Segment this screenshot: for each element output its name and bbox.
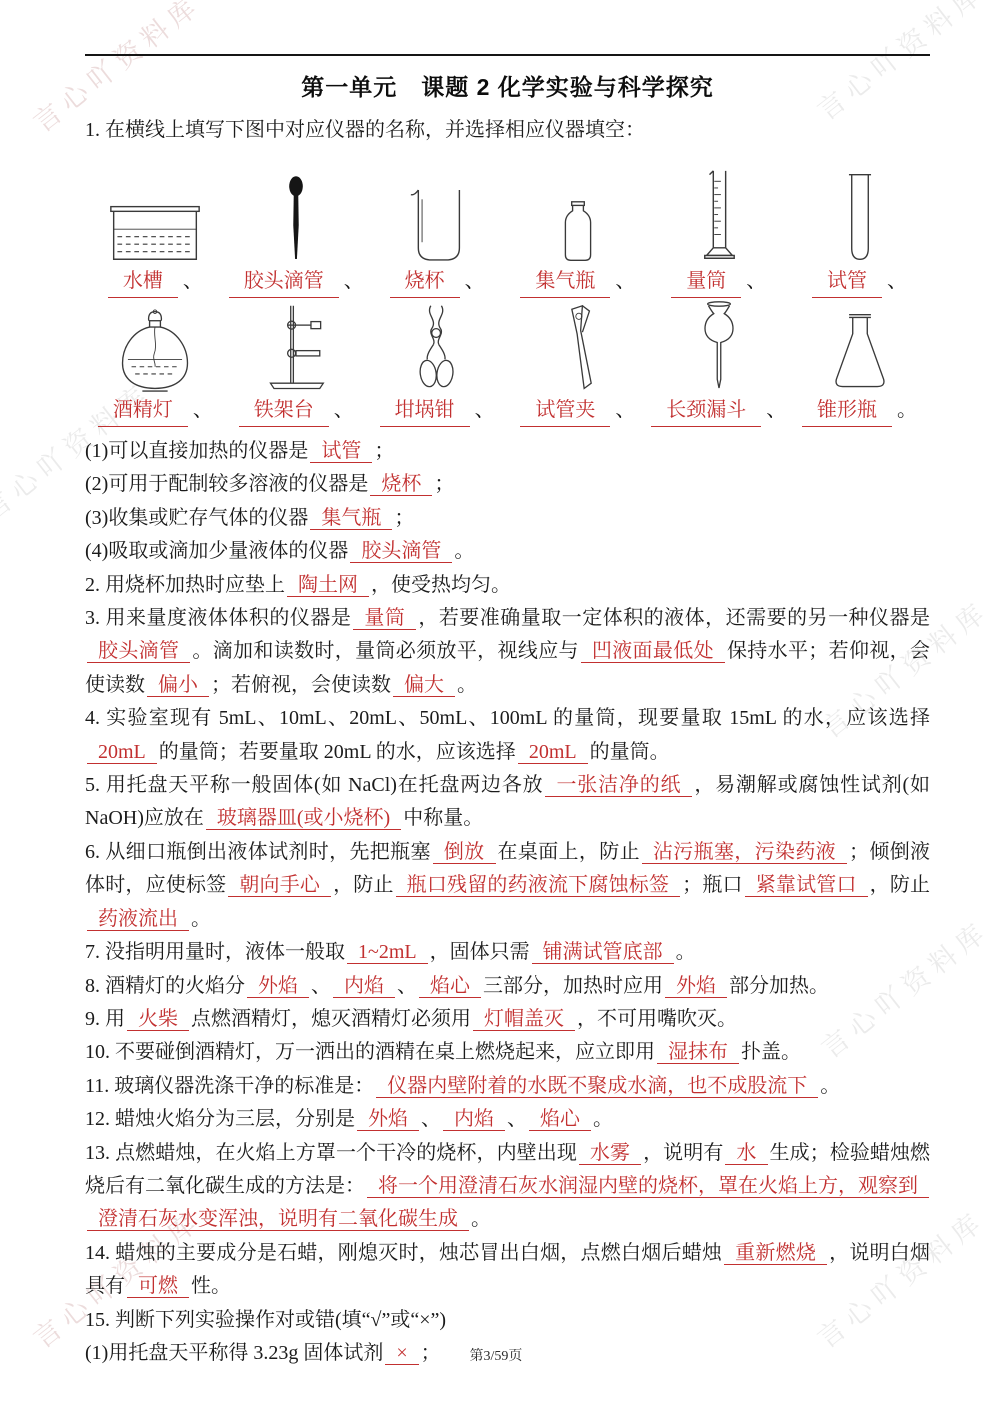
answer-blank: 量筒 (353, 607, 416, 630)
answer-blank: 烧杯 (370, 473, 432, 496)
question-text: 扑盖。 (741, 1041, 801, 1063)
answer-blank: 20mL (87, 741, 157, 764)
answer-blank: 铺满试管底部 (532, 941, 674, 964)
answer-blank: 仪器内壁附着的水既不聚成水滴，也不成股流下 (376, 1075, 818, 1098)
label-separator: 。 (897, 394, 917, 426)
answer-blank: 玻璃器皿(或小烧杯) (206, 807, 401, 830)
question-text: ； (434, 473, 454, 495)
question-text: 、 (421, 1108, 441, 1130)
label-separator: 、 (193, 394, 213, 426)
label-separator: 、 (615, 265, 635, 297)
question-text: ，说明有 (643, 1142, 723, 1164)
question-text: 、 (397, 975, 417, 997)
question-text: 6. 从细口瓶倒出液体试剂时，先把瓶塞 (85, 841, 431, 863)
answer-blank: 水雾 (579, 1142, 641, 1165)
answer-blank: 长颈漏斗 (651, 394, 761, 427)
worksheet-page: 言心吖资料库 言心吖资料库 言心吖资料库 言心吖资料库 言心吖资料库 言心吖资料… (0, 0, 992, 1403)
instrument-cell (648, 300, 789, 392)
question-text: 。 (471, 1208, 491, 1230)
question-paragraph: (1)可以直接加热的仪器是试管； (85, 435, 930, 468)
long-neck-funnel-icon (698, 300, 740, 392)
label-separator: 、 (746, 265, 766, 297)
questions-section: (1)可以直接加热的仪器是试管；(2)可用于配制较多溶液的仪器是烧杯；(3)收集… (85, 435, 930, 1370)
question-paragraph: 2. 用烧杯加热时应垫上陶土网，使受热均匀。 (85, 569, 930, 602)
answer-blank: 药液流出 (87, 908, 189, 931)
graduated-cylinder-icon (700, 168, 738, 263)
question-paragraph: 10. 不要碰倒酒精灯，万一洒出的酒精在桌上燃烧起来，应立即用湿抹布扑盖。 (85, 1036, 930, 1069)
question-text: ，固体只需 (430, 941, 530, 963)
answer-blank: 火柴 (127, 1008, 189, 1031)
test-tube-icon (848, 171, 872, 263)
question-text: ；瓶口 (682, 874, 743, 896)
instrument-label: 集气瓶 、 (507, 265, 648, 298)
question-text: 3. 用来量度液体体积的仪器是 (85, 607, 351, 629)
question-text: 性。 (191, 1275, 231, 1297)
dropper-icon (286, 175, 306, 263)
question-paragraph: 9. 用火柴点燃酒精灯，熄灭酒精灯必须用灯帽盖灭，不可用嘴吹灭。 (85, 1003, 930, 1036)
answer-blank: 试管 (310, 440, 372, 463)
answer-blank: 凹液面最低处 (581, 640, 725, 663)
label-separator: 、 (766, 394, 786, 426)
label-separator: 、 (344, 265, 364, 297)
instrument-cell (507, 200, 648, 263)
question-text: ；若俯视，会使读数 (211, 674, 391, 696)
question-text: 在桌面上，防止 (498, 841, 640, 863)
question-paragraph: 7. 没指明用量时，液体一般取1~2mL，固体只需铺满试管底部。 (85, 936, 930, 969)
question-text: ； (374, 440, 394, 462)
question-paragraph: 3. 用来量度液体体积的仪器是量筒，若要准确量取一定体积的液体，还需要的另一种仪… (85, 602, 930, 702)
answer-blank: 内焰 (333, 975, 395, 998)
question-text: 三部分，加热时应用 (483, 975, 663, 997)
answer-blank: 20mL (518, 741, 588, 764)
instrument-cell (367, 304, 508, 392)
answer-blank: 酒精灯 (98, 394, 188, 427)
question-text: 12. 蜡烛火焰分为三层，分别是 (85, 1108, 355, 1130)
question-1-prompt: 1. 在横线上填写下图中对应仪器的名称，并选择相应仪器填空： (85, 114, 930, 147)
question-text: ，防止 (333, 874, 394, 896)
answer-blank: 1~2mL (347, 941, 428, 964)
instrument-cell (85, 309, 226, 392)
answer-blank: 重新燃烧 (724, 1242, 827, 1265)
instrument-labels-row-2: 酒精灯 、 铁架台 、 坩埚钳 、 试管夹 、 长颈漏斗 、 锥形瓶 。 (85, 394, 930, 427)
alcohol-lamp-icon (117, 309, 193, 392)
question-text: (4)吸取或滴加少量液体的仪器 (85, 540, 348, 562)
answer-blank: 朝向手心 (228, 874, 331, 897)
page-number: 第3/59页 (0, 1345, 992, 1365)
answer-blank: 胶头滴管 (350, 540, 452, 563)
question-text: 。 (454, 540, 474, 562)
instrument-cell (789, 312, 930, 392)
label-separator: 、 (615, 394, 635, 426)
question-paragraph: 14. 蜡烛的主要成分是石蜡，刚熄灭时，烛芯冒出白烟，点燃白烟后蜡烛重新燃烧，说… (85, 1237, 930, 1304)
question-text: 10. 不要碰倒酒精灯，万一洒出的酒精在桌上燃烧起来，应立即用 (85, 1041, 655, 1063)
answer-blank: 集气瓶 (310, 507, 392, 530)
question-paragraph: 12. 蜡烛火焰分为三层，分别是外焰、内焰、焰心。 (85, 1103, 930, 1136)
answer-blank: 集气瓶 (520, 265, 610, 298)
answer-blank: 坩埚钳 (380, 394, 470, 427)
instrument-label: 酒精灯 、 (85, 394, 226, 427)
question-text: 、 (311, 975, 331, 997)
question-text: 11. 玻璃仪器洗涤干净的标准是： (85, 1075, 374, 1097)
answer-blank: 水槽 (108, 265, 178, 298)
label-separator: 、 (183, 265, 203, 297)
answer-blank: 紧靠试管口 (745, 874, 868, 897)
question-paragraph: 8. 酒精灯的火焰分外焰、内焰、焰心三部分，加热时应用外焰部分加热。 (85, 970, 930, 1003)
instrument-cell (226, 304, 367, 392)
instrument-label: 锥形瓶 。 (789, 394, 930, 427)
question-text: ，防止 (870, 874, 930, 896)
answer-blank: 外焰 (247, 975, 309, 998)
answer-blank: 内焰 (443, 1108, 505, 1131)
question-text: 。滴加和读数时，量筒必须放平，视线应与 (192, 640, 579, 662)
instrument-label: 烧杯 、 (367, 265, 508, 298)
instrument-cell (789, 171, 930, 263)
label-separator: 、 (465, 265, 485, 297)
question-paragraph: 15. 判断下列实验操作对或错(填“√”或“×”) (85, 1304, 930, 1337)
label-separator: 、 (475, 394, 495, 426)
answer-blank: 偏小 (147, 674, 209, 697)
question-text: 2. 用烧杯加热时应垫上 (85, 574, 285, 596)
instrument-label: 铁架台 、 (226, 394, 367, 427)
question-text: 13. 点燃蜡烛，在火焰上方罩一个干冷的烧杯，内壁出现 (85, 1142, 577, 1164)
question-text: 。 (593, 1108, 613, 1130)
question-text: 4. 实验室现有 5mL、10mL、20mL、50mL、100mL 的量筒，现要… (85, 707, 930, 729)
question-paragraph: (3)收集或贮存气体的仪器集气瓶； (85, 502, 930, 535)
gas-bottle-icon (560, 200, 596, 263)
answer-blank: 倒放 (433, 841, 496, 864)
answer-blank: 陶土网 (287, 574, 369, 597)
question-text: (3)收集或贮存气体的仪器 (85, 507, 308, 529)
answer-blank: 偏大 (393, 674, 455, 697)
question-paragraph: (4)吸取或滴加少量液体的仪器胶头滴管。 (85, 535, 930, 568)
answer-blank: 沾污瓶塞，污染药液 (642, 841, 847, 864)
instrument-cell (648, 168, 789, 263)
page-content: 第一单元 课题 2 化学实验与科学探究 1. 在横线上填写下图中对应仪器的名称，… (0, 54, 992, 1370)
question-text: 8. 酒精灯的火焰分 (85, 975, 245, 997)
answer-blank: 可燃 (127, 1275, 189, 1298)
answer-blank: 胶头滴管 (229, 265, 339, 298)
label-separator: 、 (887, 265, 907, 297)
beaker-icon (409, 186, 465, 263)
answer-blank: 试管夹 (520, 394, 610, 427)
answer-blank: 瓶口残留的药液流下腐蚀标签 (396, 874, 680, 897)
question-text: 14. 蜡烛的主要成分是石蜡，刚熄灭时，烛芯冒出白烟，点燃白烟后蜡烛 (85, 1242, 722, 1264)
header-rule (85, 54, 930, 56)
answer-blank: 灯帽盖灭 (473, 1008, 575, 1031)
question-text: 的量筒；若要量取 20mL 的水，应该选择 (159, 741, 516, 763)
question-text: 、 (507, 1108, 527, 1130)
crucible-tongs-icon (414, 304, 460, 392)
instrument-label: 坩埚钳 、 (367, 394, 508, 427)
test-tube-clamp-icon (555, 304, 601, 392)
instrument-label: 长颈漏斗 、 (648, 394, 789, 427)
question-text: 7. 没指明用量时，液体一般取 (85, 941, 345, 963)
answer-blank: 水 (725, 1142, 767, 1165)
instrument-label: 试管 、 (789, 265, 930, 298)
answer-blank: 铁架台 (239, 394, 329, 427)
answer-blank: 烧杯 (390, 265, 460, 298)
question-text: 。 (676, 941, 696, 963)
question-paragraph: 4. 实验室现有 5mL、10mL、20mL、50mL、100mL 的量筒，现要… (85, 702, 930, 769)
answer-blank: 焰心 (529, 1108, 591, 1131)
question-paragraph: 11. 玻璃仪器洗涤干净的标准是：仪器内壁附着的水既不聚成水滴，也不成股流下。 (85, 1070, 930, 1103)
question-text: 。 (457, 674, 477, 696)
question-text: 15. 判断下列实验操作对或错(填“√”或“×”) (85, 1309, 446, 1331)
instrument-cell (85, 201, 226, 263)
instrument-label: 水槽 、 (85, 265, 226, 298)
instrument-label: 胶头滴管 、 (226, 265, 367, 298)
question-text: 中称量。 (403, 807, 483, 829)
iron-stand-icon (265, 304, 327, 392)
question-text: (1)可以直接加热的仪器是 (85, 440, 308, 462)
question-text: 。 (820, 1075, 840, 1097)
instrument-row-1 (85, 167, 930, 263)
answer-blank: 焰心 (419, 975, 481, 998)
question-text: 5. 用托盘天平称一般固体(如 NaCl)在托盘两边各放 (85, 774, 543, 796)
answer-blank: 量筒 (671, 265, 741, 298)
label-separator: 、 (334, 394, 354, 426)
question-text: 的量筒。 (590, 741, 670, 763)
question-text: ，若要准确量取一定体积的液体，还需要的另一种仪器是 (418, 607, 930, 629)
question-text: ，不可用嘴吹灭。 (577, 1008, 737, 1030)
instrument-cell (367, 186, 508, 263)
answer-blank: 锥形瓶 (802, 394, 892, 427)
answer-blank: 试管 (812, 265, 882, 298)
question-text: ，使受热均匀。 (371, 574, 511, 596)
water-trough-icon (108, 201, 202, 263)
instrument-cell (226, 175, 367, 263)
instrument-cell (507, 304, 648, 392)
question-text: ； (394, 507, 414, 529)
question-text: 。 (191, 908, 211, 930)
question-paragraph: 5. 用托盘天平称一般固体(如 NaCl)在托盘两边各放一张洁净的纸，易潮解或腐… (85, 769, 930, 836)
question-text: 9. 用 (85, 1008, 125, 1030)
question-paragraph: (2)可用于配制较多溶液的仪器是烧杯； (85, 468, 930, 501)
instrument-row-2 (85, 304, 930, 392)
page-title: 第一单元 课题 2 化学实验与科学探究 (85, 69, 930, 102)
answer-blank: 一张洁净的纸 (545, 774, 692, 797)
answer-blank: 胶头滴管 (87, 640, 190, 663)
question-paragraph: 6. 从细口瓶倒出液体试剂时，先把瓶塞倒放在桌面上，防止沾污瓶塞，污染药液；倾倒… (85, 836, 930, 936)
question-paragraph: 13. 点燃蜡烛，在火焰上方罩一个干冷的烧杯，内壁出现水雾，说明有水生成；检验蜡… (85, 1137, 930, 1237)
instrument-label: 试管夹 、 (507, 394, 648, 427)
answer-blank: 湿抹布 (657, 1041, 739, 1064)
answer-blank: 外焰 (357, 1108, 419, 1131)
question-text: 点燃酒精灯，熄灭酒精灯必须用 (191, 1008, 471, 1030)
instrument-label: 量筒 、 (648, 265, 789, 298)
question-text: (2)可用于配制较多溶液的仪器是 (85, 473, 368, 495)
conical-flask-icon (830, 312, 890, 392)
instrument-labels-row-1: 水槽 、 胶头滴管 、 烧杯 、 集气瓶 、 量筒 、 试管 、 (85, 265, 930, 298)
answer-blank: 外焰 (665, 975, 727, 998)
question-text: 部分加热。 (729, 975, 829, 997)
